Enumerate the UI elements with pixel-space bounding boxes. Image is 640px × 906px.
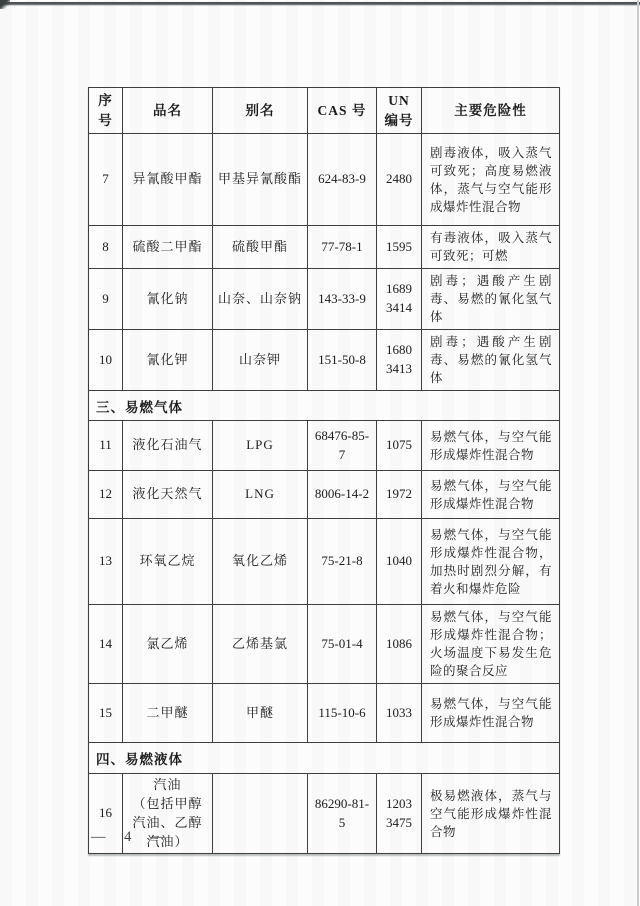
cell-hazard: 易燃气体，与空气能形成爆炸性混合物，加热时剧烈分解，有着火和爆炸危险 xyxy=(422,519,560,605)
cell-cas: 68476-85- 7 xyxy=(308,421,377,471)
cell-name: 液化石油气 xyxy=(123,421,213,471)
cell-un: 1972 xyxy=(377,471,422,519)
cell-un: 1075 xyxy=(377,421,422,471)
header-cell-un: UN 编号 xyxy=(377,88,422,134)
cell-no: 14 xyxy=(89,605,123,684)
cell-no: 12 xyxy=(89,471,123,519)
cell-name: 氯乙烯 xyxy=(123,605,213,684)
cell-name: 二甲醚 xyxy=(123,684,213,743)
cell-un: 1680 3413 xyxy=(377,330,422,391)
cell-no: 13 xyxy=(89,519,123,605)
hazardous-chemicals-table: 序号 品名 别名 CAS 号 UN 编号 主要危险性 7异氰酸甲酯甲基异氰酸酯6… xyxy=(88,87,560,854)
table-row: 14氯乙烯乙烯基氯75-01-41086易燃气体，与空气能形成爆炸性混合物；火场… xyxy=(89,605,560,684)
cell-hazard: 剧毒；遇酸产生剧毒、易燃的氰化氢气体 xyxy=(422,330,560,391)
cell-un: 1086 xyxy=(377,605,422,684)
cell-un: 1040 xyxy=(377,519,422,605)
table-row: 10氰化钾山奈钾151-50-81680 3413剧毒；遇酸产生剧毒、易燃的氰化… xyxy=(89,330,560,391)
table-header-row: 序号 品名 别名 CAS 号 UN 编号 主要危险性 xyxy=(89,88,560,134)
cell-hazard: 易燃气体，与空气能形成爆炸性混合物 xyxy=(422,684,560,743)
cell-no: 7 xyxy=(89,134,123,226)
table-body: 7异氰酸甲酯甲基异氰酸酯624-83-92480剧毒液体，吸入蒸气可致死；高度易… xyxy=(89,134,560,854)
cell-no: 8 xyxy=(89,226,123,269)
cell-name: 异氰酸甲酯 xyxy=(123,134,213,226)
cell-alias: 山奈、山奈钠 xyxy=(213,269,308,330)
cell-no: 15 xyxy=(89,684,123,743)
cell-no: 9 xyxy=(89,269,123,330)
table-row: 12液化天然气LNG8006-14-21972易燃气体，与空气能形成爆炸性混合物 xyxy=(89,471,560,519)
cell-cas: 8006-14-2 xyxy=(308,471,377,519)
section-label: 三、易燃气体 xyxy=(89,391,560,421)
cell-un: 1033 xyxy=(377,684,422,743)
scan-right-edge-artifact xyxy=(637,0,639,906)
cell-name: 液化天然气 xyxy=(123,471,213,519)
scan-top-corner-artifact xyxy=(0,0,10,9)
scanned-document-page: { "colors": { "paper": "#fcfcfc", "ink":… xyxy=(0,0,640,906)
cell-cas: 75-21-8 xyxy=(308,519,377,605)
cell-alias: 甲基异氰酸酯 xyxy=(213,134,308,226)
cell-cas: 77-78-1 xyxy=(308,226,377,269)
cell-alias: 山奈钾 xyxy=(213,330,308,391)
cell-hazard: 剧毒；遇酸产生剧毒、易燃的氰化氢气体 xyxy=(422,269,560,330)
section-label: 四、易燃液体 xyxy=(89,743,560,774)
cell-no: 11 xyxy=(89,421,123,471)
cell-alias: LNG xyxy=(213,471,308,519)
cell-hazard: 有毒液体，吸入蒸气可致死；可燃 xyxy=(422,226,560,269)
table-row: 15二甲醚甲醚115-10-61033易燃气体，与空气能形成爆炸性混合物 xyxy=(89,684,560,743)
table-row: 11液化石油气LPG68476-85- 71075易燃气体，与空气能形成爆炸性混… xyxy=(89,421,560,471)
cell-un: 2480 xyxy=(377,134,422,226)
cell-name: 氰化钠 xyxy=(123,269,213,330)
header-cell-name: 品名 xyxy=(123,88,213,134)
table-row: 8硫酸二甲酯硫酸甲酯77-78-11595有毒液体，吸入蒸气可致死；可燃 xyxy=(89,226,560,269)
table-row: 13环氧乙烷氧化乙烯75-21-81040易燃气体，与空气能形成爆炸性混合物，加… xyxy=(89,519,560,605)
header-cell-hazard: 主要危险性 xyxy=(422,88,560,134)
header-cell-cas: CAS 号 xyxy=(308,88,377,134)
scan-top-edge-artifact xyxy=(0,2,640,6)
cell-cas: 115-10-6 xyxy=(308,684,377,743)
table-row: 9氰化钠山奈、山奈钠143-33-91689 3414剧毒；遇酸产生剧毒、易燃的… xyxy=(89,269,560,330)
cell-alias: 乙烯基氯 xyxy=(213,605,308,684)
header-cell-no: 序号 xyxy=(89,88,123,134)
cell-alias: 甲醚 xyxy=(213,684,308,743)
cell-cas: 86290-81- 5 xyxy=(308,774,377,854)
cell-hazard: 易燃气体，与空气能形成爆炸性混合物 xyxy=(422,421,560,471)
header-cell-alias: 别名 xyxy=(213,88,308,134)
cell-hazard: 剧毒液体，吸入蒸气可致死；高度易燃液体，蒸气与空气能形成爆炸性混合物 xyxy=(422,134,560,226)
cell-alias: LPG xyxy=(213,421,308,471)
cell-un: 1203 3475 xyxy=(377,774,422,854)
cell-un: 1595 xyxy=(377,226,422,269)
cell-un: 1689 3414 xyxy=(377,269,422,330)
table-section-row: 四、易燃液体 xyxy=(89,743,560,774)
cell-cas: 151-50-8 xyxy=(308,330,377,391)
cell-no: 10 xyxy=(89,330,123,391)
cell-hazard: 易燃气体，与空气能形成爆炸性混合物 xyxy=(422,471,560,519)
cell-hazard: 易燃气体，与空气能形成爆炸性混合物；火场温度下易发生危险的聚合反应 xyxy=(422,605,560,684)
cell-name: 环氧乙烷 xyxy=(123,519,213,605)
cell-hazard: 极易燃液体，蒸气与空气能形成爆炸性混合物 xyxy=(422,774,560,854)
cell-cas: 143-33-9 xyxy=(308,269,377,330)
cell-alias: 氧化乙烯 xyxy=(213,519,308,605)
table-section-row: 三、易燃气体 xyxy=(89,391,560,421)
cell-alias: 硫酸甲酯 xyxy=(213,226,308,269)
footer-page-number: — 4 — xyxy=(91,829,166,846)
cell-alias xyxy=(213,774,308,854)
cell-name: 硫酸二甲酯 xyxy=(123,226,213,269)
cell-name: 氰化钾 xyxy=(123,330,213,391)
table-row: 7异氰酸甲酯甲基异氰酸酯624-83-92480剧毒液体，吸入蒸气可致死；高度易… xyxy=(89,134,560,226)
cell-cas: 624-83-9 xyxy=(308,134,377,226)
cell-cas: 75-01-4 xyxy=(308,605,377,684)
